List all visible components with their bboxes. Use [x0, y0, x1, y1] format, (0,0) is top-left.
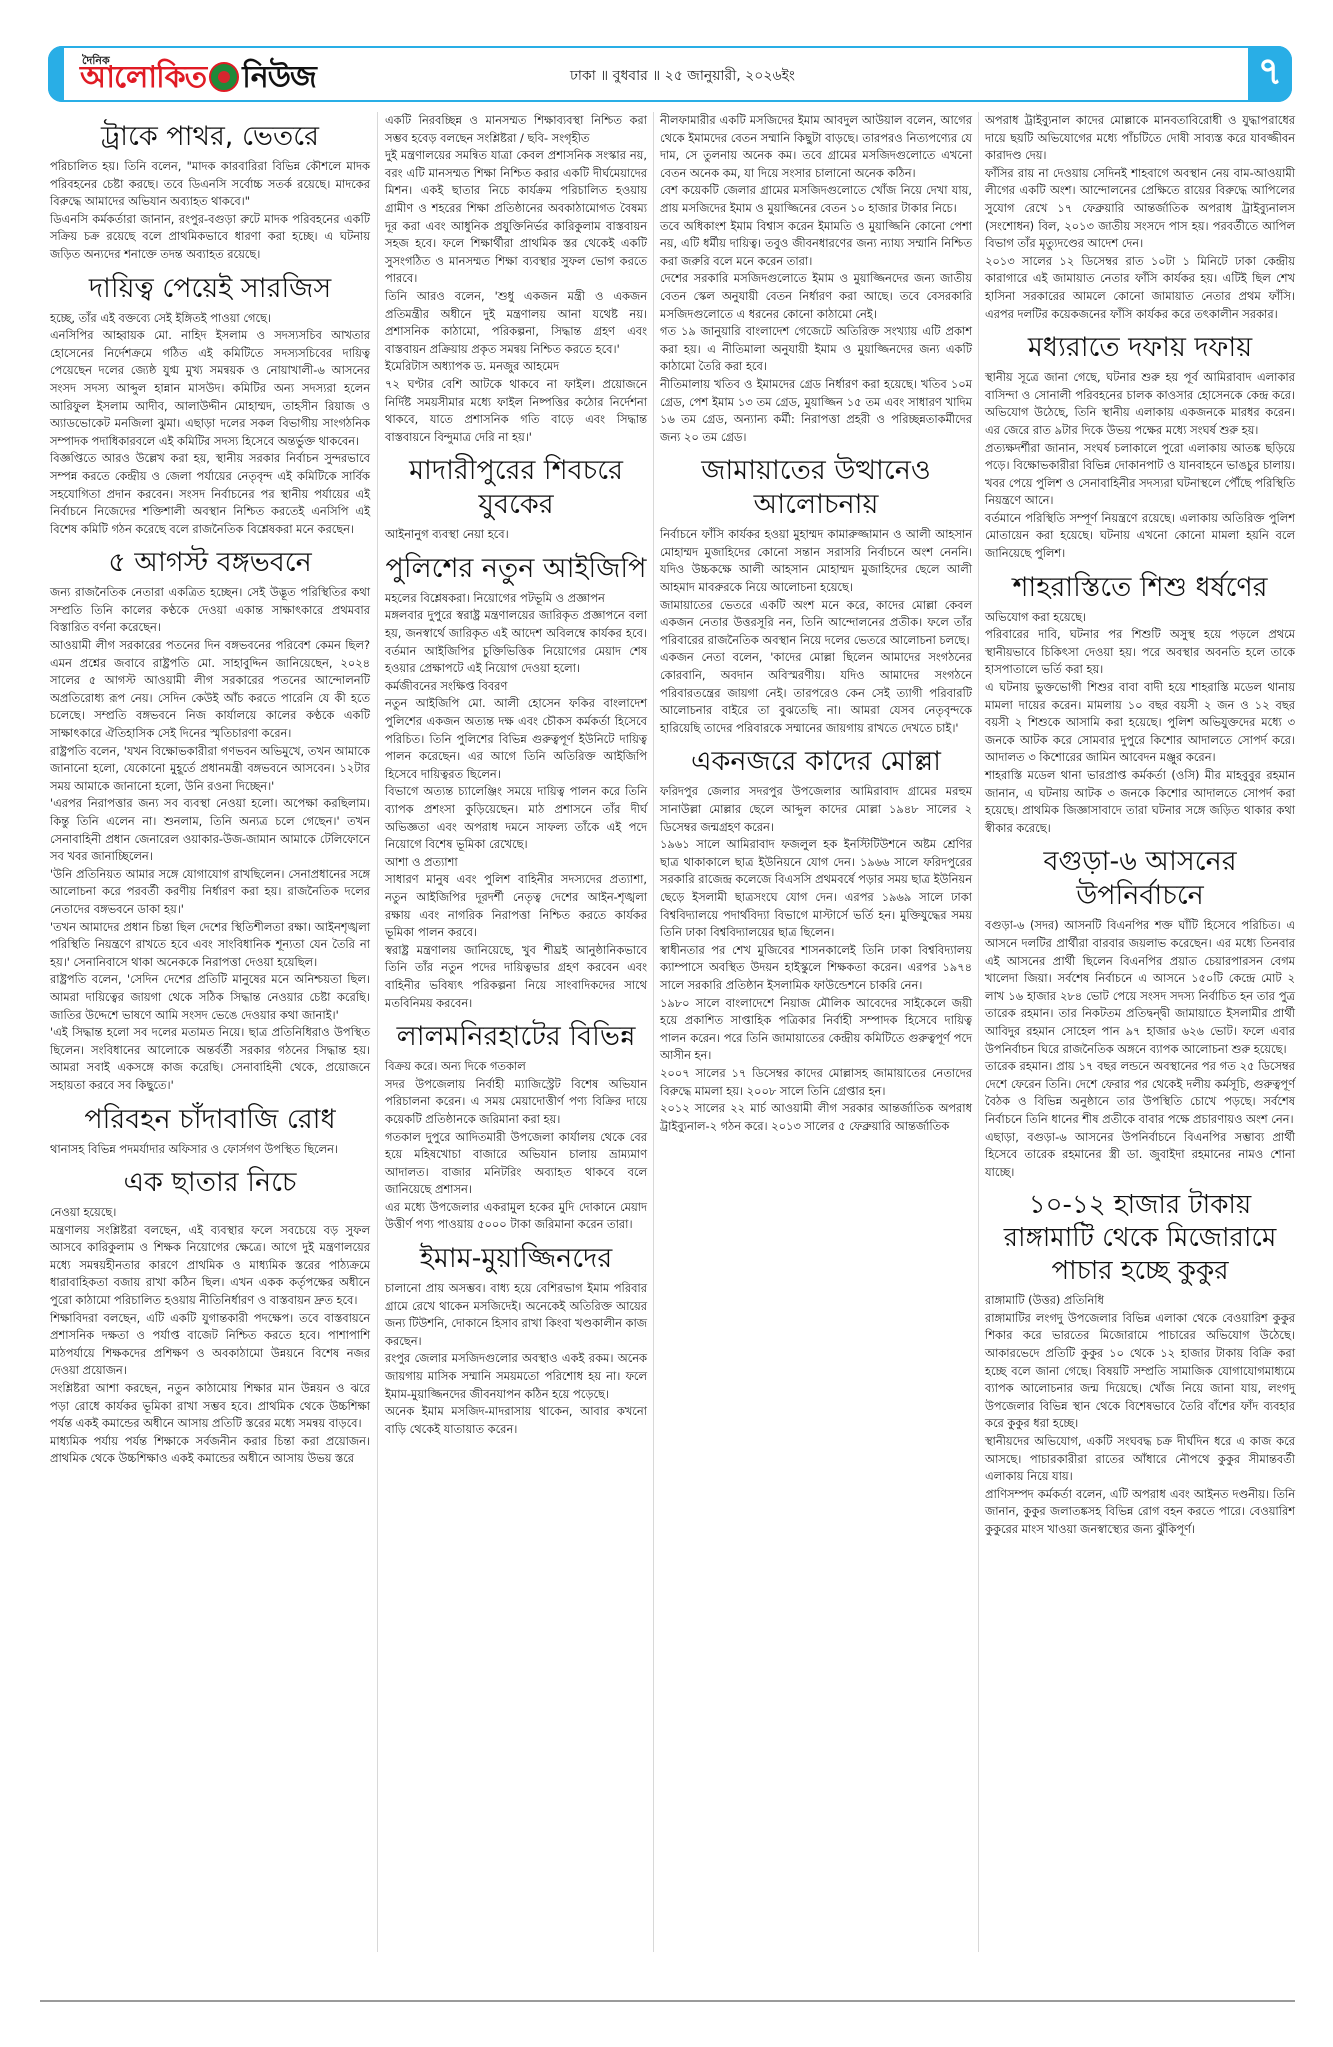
dateline: ঢাকা ॥ বুধবার ॥ ২৫ জানুয়ারী, ২০২৬ইং — [570, 64, 795, 88]
article-paragraph: পরিচালিত হয়। তিনি বলেন, "মাদক কারবারিরা… — [50, 158, 370, 211]
article-paragraph: ১৯৮০ সালে বাংলাদেশে নিয়াজ মৌলিক আবেদের … — [660, 995, 972, 1065]
article-byline: রাঙ্গামাটি (উত্তর) প্রতিনিধি — [985, 1292, 1295, 1310]
logo-brand-red: আলোকিত — [80, 58, 206, 98]
article-headline[interactable]: ৫ আগস্ট বঙ্গভবনে — [50, 546, 370, 580]
news-article: লালমনিরহাটের বিভিন্নবিক্রয় করে। অন্য দি… — [385, 1020, 647, 1234]
article-paragraph: অপরাধ ট্রাইব্যুনাল কাদের মোল্লাকে মানবতা… — [985, 112, 1295, 165]
column-divider — [978, 112, 979, 1952]
article-headline[interactable]: মাদারীপুরের শিবচরে যুবকের — [385, 454, 647, 522]
news-article: পরিবহন চাঁদাবাজি রোধথানাসহ বিভিন্ন পদমর্… — [50, 1103, 370, 1159]
article-paragraph: মন্ত্রণালয় সংশ্লিষ্টরা বলছেন, এই ব্যবস্… — [50, 1222, 370, 1310]
article-paragraph: বেশ কয়েকটি জেলার গ্রামের মসজিদগুলোতে খো… — [660, 182, 972, 217]
column-2: একটি নিরবচ্ছিন্ন ও মানসম্মত শিক্ষাব্যবস্… — [385, 112, 647, 1438]
article-paragraph: বিভাগে অত্যন্ত চ্যালেঞ্জিং সময়ে দায়িত্… — [385, 783, 647, 853]
news-article: মাদারীপুরের শিবচরে যুবকেরআইনানুগ ব্যবস্থ… — [385, 454, 647, 544]
article-paragraph: নির্বাচনে ফাঁসি কার্যকর হওয়া মুহাম্মদ ক… — [660, 526, 972, 596]
column-3: নীলফামারীর একটি মসজিদের ইমাম আবদুল আউয়া… — [660, 112, 972, 1135]
article-paragraph: আওয়ামী লীগ সরকারের পতনের দিন বঙ্গভবনের … — [50, 637, 370, 743]
article-paragraph: রাষ্ট্রপতি বলেন, 'যখন বিক্ষোভকারীরা গণভব… — [50, 743, 370, 796]
article-paragraph: ২০০৭ সালের ১৭ ডিসেম্বর কাদের মোল্লাসহ জা… — [660, 1065, 972, 1100]
article-paragraph: ফাঁসির রায় না দেওয়ায় সেদিনই শাহবাগে অ… — [985, 165, 1295, 253]
article-paragraph: জন্য রাজনৈতিক নেতারা একত্রিত হচ্ছেন। সেই… — [50, 584, 370, 637]
article-headline[interactable]: লালমনিরহাটের বিভিন্ন — [385, 1020, 647, 1054]
article-paragraph: অনেক ইমাম মসজিদ-মাদরাসায় থাকেন, আবার কখ… — [385, 1403, 647, 1438]
article-headline[interactable]: মধ্যরাতে দফায় দফায় — [985, 331, 1295, 365]
article-paragraph: বর্তমানে পরিস্থিতি সম্পূর্ণ নিয়ন্ত্রণে … — [985, 510, 1295, 563]
article-headline[interactable]: ইমাম-মুয়াজ্জিনদের — [385, 1242, 647, 1276]
article-paragraph: মঙ্গলবার দুপুরে স্বরাষ্ট্র মন্ত্রণালয়ের… — [385, 607, 647, 677]
article-headline[interactable]: ১০-১২ হাজার টাকায় রাঙ্গামাটি থেকে মিজোর… — [985, 1189, 1295, 1288]
news-article: মধ্যরাতে দফায় দফায়স্থানীয় সূত্রে জানা… — [985, 331, 1295, 563]
masthead: দৈনিক আলোকিত নিউজ ঢাকা ॥ বুধবার ॥ ২৫ জান… — [48, 46, 1292, 102]
article-paragraph: স্বরাষ্ট্র মন্ত্রণালয় জানিয়েছে, খুব শী… — [385, 942, 647, 1012]
article-paragraph: বিক্রয় করে। অন্য দিকে গতকাল — [385, 1058, 647, 1076]
article-headline[interactable]: জামায়াতের উত্থানেও আলোচনায় — [660, 454, 972, 522]
article-paragraph: গত ১৯ জানুয়ারি বাংলাদেশ গেজেটে অতিরিক্ত… — [660, 323, 972, 376]
article-headline[interactable]: পরিবহন চাঁদাবাজি রোধ — [50, 1103, 370, 1137]
article-paragraph: প্রত্যক্ষদর্শীরা জানান, সংঘর্ষ চলাকালে প… — [985, 440, 1295, 510]
article-paragraph: প্রাণিসম্পদ কর্মকর্তা বলেন, এটি অপরাধ এব… — [985, 1486, 1295, 1539]
article-paragraph: ২০১২ সালের ২২ মার্চ আওয়ামী লীগ সরকার আন… — [660, 1100, 972, 1135]
article-paragraph: 'এই সিদ্ধান্ত হলো সব দলের মতামত নিয়ে। ছ… — [50, 1024, 370, 1094]
news-article: ৫ আগস্ট বঙ্গভবনেজন্য রাজনৈতিক নেতারা একত… — [50, 546, 370, 1094]
article-headline[interactable]: এক ছাতার নিচে — [50, 1166, 370, 1200]
article-headline[interactable]: দায়িত্ব পেয়েই সারজিস — [50, 272, 370, 306]
news-article: এক ছাতার নিচেনেওয়া হয়েছে।মন্ত্রণালয় স… — [50, 1166, 370, 1468]
article-paragraph: গতকাল দুপুরে আদিতমারী উপজেলা কার্যালয় থ… — [385, 1129, 647, 1199]
article-paragraph: তিনি আরও বলেন, 'শুধু একজন মন্ত্রী ও একজন… — [385, 288, 647, 358]
article-paragraph: আইনানুগ ব্যবস্থা নেয়া হবে। — [385, 526, 647, 544]
article-paragraph: ফরিদপুর জেলার সদরপুর উপজেলার আমিরাবাদ গ্… — [660, 783, 972, 836]
logo-emblem-icon — [209, 62, 239, 92]
column-divider — [377, 112, 378, 1952]
article-headline[interactable]: একনজরে কাদের মোল্লা — [660, 745, 972, 779]
article-paragraph: সাধারণ মানুষ এবং পুলিশ বাহিনীর সদস্যদের … — [385, 871, 647, 941]
article-paragraph: ২০১৩ সালের ১২ ডিসেম্বর রাত ১০টা ১ মিনিটে… — [985, 253, 1295, 323]
article-paragraph: ইমেরিটাস অধ্যাপক ড. মনজুর আহমেদ — [385, 358, 647, 376]
news-article: শাহরাস্তিতে শিশু ধর্ষণেরঅভিযোগ করা হয়েছ… — [985, 571, 1295, 838]
news-article: অপরাধ ট্রাইব্যুনাল কাদের মোল্লাকে মানবতা… — [985, 112, 1295, 323]
article-paragraph: কর্মজীবনের সংক্ষিপ্ত বিবরণ — [385, 678, 647, 696]
article-paragraph: রাঙ্গামাটির লংগদু উপজেলার বিভিন্ন এলাকা … — [985, 1310, 1295, 1433]
article-paragraph: এনসিপির আহ্বায়ক মো. নাহিদ ইসলাম ও সদস্য… — [50, 327, 370, 450]
article-headline[interactable]: পুলিশের নতুন আইজিপি — [385, 552, 647, 586]
article-headline[interactable]: ট্রাকে পাথর, ভেতরে — [50, 120, 370, 154]
article-paragraph: দেশের সরকারি মসজিদগুলোতে ইমাম ও মুয়াজ্জ… — [660, 270, 972, 323]
article-paragraph: হচ্ছে, তাঁর এই বক্তব্যে সেই ইঙ্গিতই পাওয… — [50, 310, 370, 328]
news-article: জামায়াতের উত্থানেও আলোচনায়নির্বাচনে ফা… — [660, 454, 972, 737]
article-paragraph: মাধ্যমিক পর্যায় পর্যন্ত শিক্ষাকে সর্বজন… — [50, 1433, 370, 1468]
article-paragraph: শিক্ষাবিদরা বলছেন, এটি একটি যুগান্তকারী … — [50, 1310, 370, 1380]
news-article: নীলফামারীর একটি মসজিদের ইমাম আবদুল আউয়া… — [660, 112, 972, 446]
article-paragraph: ৭২ ঘণ্টার বেশি আটকে থাকবে না ফাইল। প্রয়… — [385, 376, 647, 446]
article-paragraph: এছাড়া, বগুড়া-৬ আসনের উপনির্বাচনে বিএনপ… — [985, 1129, 1295, 1182]
article-paragraph: এর মধ্যে উপজেলার একরামুল হকের মুদি দোকান… — [385, 1199, 647, 1234]
article-paragraph: শাহরাস্তি মডেল থানা ভারপ্রাপ্ত কর্মকর্তা… — [985, 767, 1295, 837]
news-article: পুলিশের নতুন আইজিপিমহলের বিশ্লেষকরা। নিয… — [385, 552, 647, 1012]
article-paragraph: 'এরপর নিরাপত্তার জন্য সব ব্যবস্থা নেওয়া… — [50, 795, 370, 865]
column-1: ট্রাকে পাথর, ভেতরেপরিচালিত হয়। তিনি বলে… — [50, 112, 370, 1468]
article-paragraph: পরিবারের দাবি, ঘটনার পর শিশুটি অসুস্থ হয… — [985, 626, 1295, 679]
article-paragraph: নীতিমালায় খতিব ও ইমামদের গ্রেড নির্ধারণ… — [660, 376, 972, 446]
article-paragraph: জামায়াতের ভেতরে একটি অংশ মনে করে, কাদের… — [660, 597, 972, 650]
article-paragraph: নীলফামারীর একটি মসজিদের ইমাম আবদুল আউয়া… — [660, 112, 972, 182]
column-4: অপরাধ ট্রাইব্যুনাল কাদের মোল্লাকে মানবতা… — [985, 112, 1295, 1539]
article-paragraph: 'উনি প্রতিনিয়ত আমার সঙ্গে যোগাযোগ রাখছি… — [50, 866, 370, 919]
article-paragraph: ডিএনসি কর্মকর্তারা জানান, রংপুর-বগুড়া র… — [50, 211, 370, 264]
article-paragraph: এ ঘটনায় ভুক্তভোগী শিশুর বাবা বাদী হয়ে … — [985, 679, 1295, 767]
article-paragraph: নেওয়া হয়েছে। — [50, 1204, 370, 1222]
page-bottom-rule — [40, 2000, 1295, 2002]
article-paragraph: ১৯৬১ সালে আমিরাবাদ ফজলুল হক ইনস্টিটিউশনে… — [660, 836, 972, 942]
article-paragraph: চালানো প্রায় অসম্ভব। বাধ্য হয়ে বেশিরভা… — [385, 1280, 647, 1350]
news-article: দায়িত্ব পেয়েই সারজিসহচ্ছে, তাঁর এই বক্… — [50, 272, 370, 539]
page-number: ৭ — [1248, 46, 1292, 102]
logo-brand-black: নিউজ — [242, 58, 316, 98]
news-article: ১০-১২ হাজার টাকায় রাঙ্গামাটি থেকে মিজোর… — [985, 1189, 1295, 1538]
news-article: একনজরে কাদের মোল্লাফরিদপুর জেলার সদরপুর … — [660, 745, 972, 1135]
article-paragraph: স্বাধীনতার পর শেখ মুজিবের শাসনকালেই তিনি… — [660, 942, 972, 995]
article-paragraph: নতুন আইজিপি মো. আলী হোসেন ফকির বাংলাদেশ … — [385, 695, 647, 783]
article-paragraph: তবে অধিকাংশ ইমাম বিশ্বাস করেন ইমামতি ও ম… — [660, 218, 972, 271]
article-paragraph: আশা ও প্রত্যাশা — [385, 854, 647, 872]
article-paragraph: রংপুর জেলার মসজিদগুলোর অবস্থাও একই রকম। … — [385, 1350, 647, 1403]
news-article: ট্রাকে পাথর, ভেতরেপরিচালিত হয়। তিনি বলে… — [50, 120, 370, 264]
article-paragraph: অভিযোগ করা হয়েছে। — [985, 609, 1295, 627]
masthead-left-accent — [48, 46, 64, 102]
article-paragraph: 'তখন আমাদের প্রধান চিন্তা ছিল দেশের স্থি… — [50, 919, 370, 972]
news-article: একটি নিরবচ্ছিন্ন ও মানসম্মত শিক্ষাব্যবস্… — [385, 112, 647, 446]
article-paragraph: বিজ্ঞপ্তিতে আরও উল্লেখ করা হয়, স্থানীয়… — [50, 450, 370, 538]
article-paragraph: থানাসহ বিভিন্ন পদমর্যাদার অফিসার ও ফোর্স… — [50, 1141, 370, 1159]
article-paragraph: স্থানীয় সূত্রে জানা গেছে, ঘটনার শুরু হয… — [985, 369, 1295, 439]
article-headline[interactable]: বগুড়া-৬ আসনের উপনির্বাচনে — [985, 845, 1295, 913]
news-article: বগুড়া-৬ আসনের উপনির্বাচনেবগুড়া-৬ (সদর)… — [985, 845, 1295, 1181]
news-article: ইমাম-মুয়াজ্জিনদেরচালানো প্রায় অসম্ভব। … — [385, 1242, 647, 1438]
article-paragraph: রাষ্ট্রপতি বলেন, 'সেদিন দেশের প্রতিটি মা… — [50, 971, 370, 1024]
newspaper-logo[interactable]: আলোকিত নিউজ — [80, 52, 316, 98]
article-paragraph: দুই মন্ত্রণালয়ের সমন্বিত যাত্রা কেবল প্… — [385, 147, 647, 288]
article-paragraph: সংশ্লিষ্টরা আশা করছেন, নতুন কাঠামোয় শিক… — [50, 1380, 370, 1433]
article-paragraph: মহলের বিশ্লেষকরা। নিয়োগের পটভূমি ও প্রজ… — [385, 590, 647, 608]
article-paragraph: সদর উপজেলায় নির্বাহী ম্যাজিস্ট্রেট বিশে… — [385, 1076, 647, 1129]
article-paragraph: একটি নিরবচ্ছিন্ন ও মানসম্মত শিক্ষাব্যবস্… — [385, 112, 647, 147]
article-paragraph: বগুড়া-৬ (সদর) আসনটি বিএনপির শক্ত ঘাঁটি … — [985, 917, 1295, 1058]
article-paragraph: স্থানীয়দের অভিযোগ, একটি সংঘবদ্ধ চক্র দী… — [985, 1433, 1295, 1486]
article-paragraph: একজন নেতা বলেন, 'কাদের মোল্লা ছিলেন আমাদ… — [660, 649, 972, 737]
article-headline[interactable]: শাহরাস্তিতে শিশু ধর্ষণের — [985, 571, 1295, 605]
column-divider — [653, 112, 654, 1952]
article-paragraph: তারেক রহমান। প্রায় ১৭ বছর লন্ডনে অবস্থা… — [985, 1058, 1295, 1128]
